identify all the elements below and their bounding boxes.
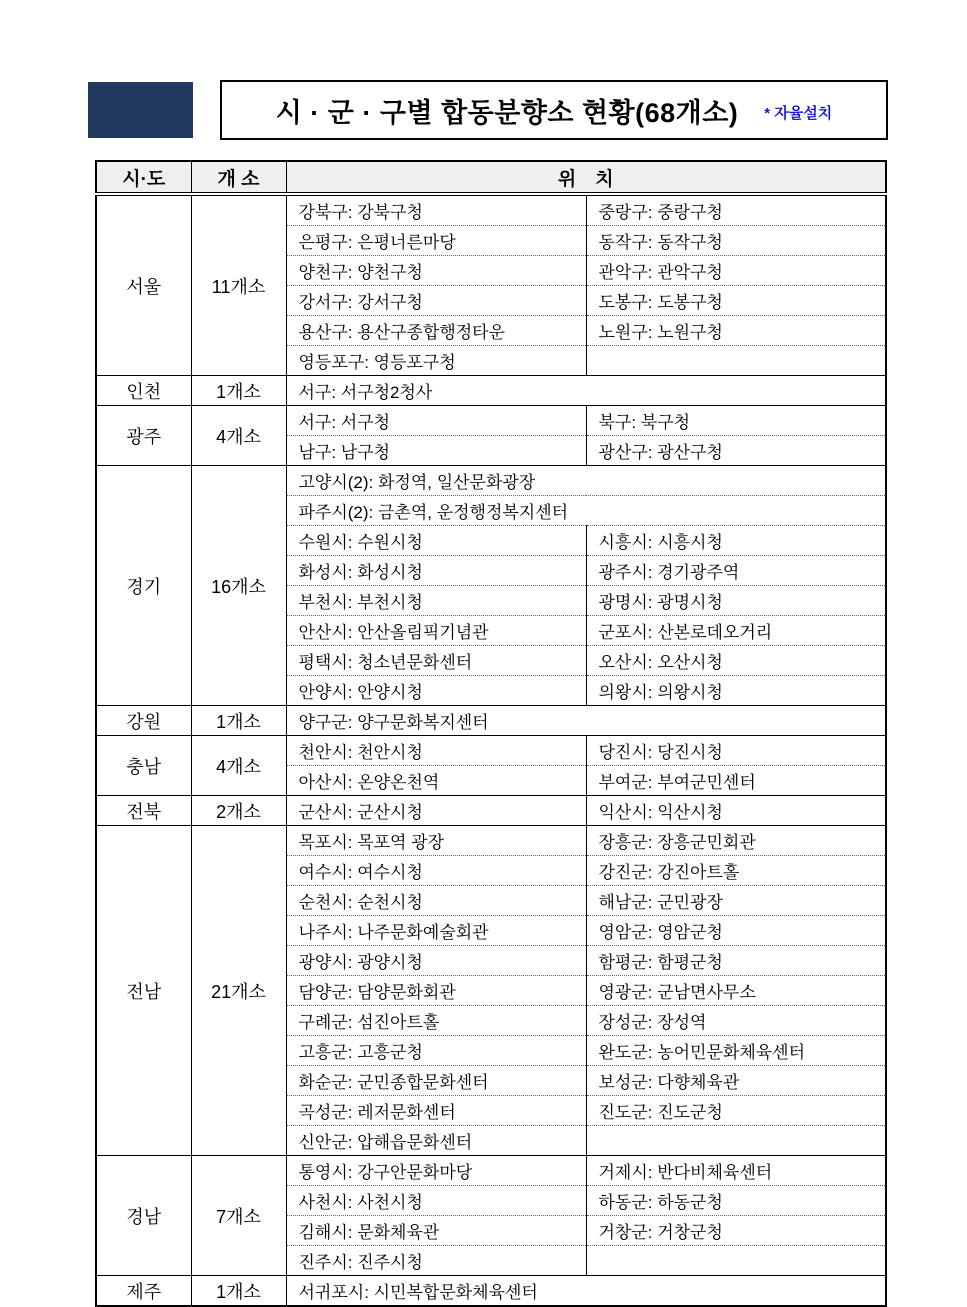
location-cell-right: 거창군: 거창군청 [586, 1216, 886, 1246]
location-cell-right: 하동군: 하동군청 [586, 1186, 886, 1216]
location-cell-left: 서구: 서구청 [286, 406, 586, 436]
location-cell-left: 부천시: 부천시청 [286, 586, 586, 616]
memorial-altar-table: 시·도 개 소 위 치 서울11개소강북구: 강북구청중랑구: 중랑구청은평구:… [95, 160, 887, 1307]
location-cell-right: 보성군: 다향체육관 [586, 1066, 886, 1096]
province-cell: 강원 [96, 706, 191, 736]
location-cell-right: 노원구: 노원구청 [586, 316, 886, 346]
location-cell-left: 남구: 남구청 [286, 436, 586, 466]
location-cell-right: 진도군: 진도군청 [586, 1096, 886, 1126]
count-cell: 1개소 [191, 706, 286, 736]
location-cell-right: 영광군: 군남면사무소 [586, 976, 886, 1006]
location-cell-full: 양구군: 양구문화복지센터 [286, 706, 886, 736]
table-row: 전북2개소군산시: 군산시청익산시: 익산시청 [96, 796, 886, 826]
location-cell-left: 나주시: 나주문화예술회관 [286, 916, 586, 946]
location-cell-full: 서귀포시: 시민복합문화체육센터 [286, 1276, 886, 1307]
location-cell-right: 완도군: 농어민문화체육센터 [586, 1036, 886, 1066]
location-cell-right: 북구: 북구청 [586, 406, 886, 436]
count-cell: 2개소 [191, 796, 286, 826]
location-cell-right: 중랑구: 중랑구청 [586, 194, 886, 226]
location-cell-right: 도봉구: 도봉구청 [586, 286, 886, 316]
count-cell: 4개소 [191, 736, 286, 796]
location-cell-left: 안양시: 안양시청 [286, 676, 586, 706]
location-cell-right: 군포시: 산본로데오거리 [586, 616, 886, 646]
location-cell-left: 군산시: 군산시청 [286, 796, 586, 826]
location-cell-right: 부여군: 부여군민센터 [586, 766, 886, 796]
location-cell-right: 당진시: 당진시청 [586, 736, 886, 766]
province-cell: 서울 [96, 194, 191, 376]
count-cell: 4개소 [191, 406, 286, 466]
location-cell-right: 광명시: 광명시청 [586, 586, 886, 616]
page-title: 시 · 군 · 구별 합동분향소 현황(68개소) [276, 91, 739, 130]
navy-accent-box [88, 82, 193, 138]
location-cell-left: 신안군: 압해읍문화센터 [286, 1126, 586, 1156]
location-cell-left: 진주시: 진주시청 [286, 1246, 586, 1276]
col-header-location: 위 치 [286, 161, 886, 194]
location-cell-right: 의왕시: 의왕시청 [586, 676, 886, 706]
table-row: 제주1개소서귀포시: 시민복합문화체육센터 [96, 1276, 886, 1307]
location-cell-right: 함평군: 함평군청 [586, 946, 886, 976]
province-cell: 충남 [96, 736, 191, 796]
province-cell: 경기 [96, 466, 191, 706]
table-row: 강원1개소양구군: 양구문화복지센터 [96, 706, 886, 736]
province-cell: 전남 [96, 826, 191, 1156]
count-cell: 16개소 [191, 466, 286, 706]
location-cell-left: 강서구: 강서구청 [286, 286, 586, 316]
location-cell-right: 영암군: 영암군청 [586, 916, 886, 946]
location-cell-left: 용산구: 용산구종합행정타운 [286, 316, 586, 346]
location-cell-right: 광산구: 광산구청 [586, 436, 886, 466]
location-cell-left: 사천시: 사천시청 [286, 1186, 586, 1216]
location-cell-right: 거제시: 반다비체육센터 [586, 1156, 886, 1186]
table-row: 경기16개소고양시(2): 화정역, 일산문화광장 [96, 466, 886, 496]
count-cell: 21개소 [191, 826, 286, 1156]
count-cell: 1개소 [191, 376, 286, 406]
location-cell-left: 영등포구: 영등포구청 [286, 346, 586, 376]
location-cell-right: 익산시: 익산시청 [586, 796, 886, 826]
location-cell-left: 여수시: 여수시청 [286, 856, 586, 886]
location-cell-right: 장성군: 장성역 [586, 1006, 886, 1036]
province-cell: 인천 [96, 376, 191, 406]
location-cell-full: 고양시(2): 화정역, 일산문화광장 [286, 466, 886, 496]
document-page: 시 · 군 · 구별 합동분향소 현황(68개소) * 자율설치 시·도 개 소… [0, 0, 967, 1258]
table-row: 경남7개소통영시: 강구안문화마당거제시: 반다비체육센터 [96, 1156, 886, 1186]
col-header-count: 개 소 [191, 161, 286, 194]
location-cell-left: 강북구: 강북구청 [286, 194, 586, 226]
table-row: 전남21개소목포시: 목포역 광장장흥군: 장흥군민회관 [96, 826, 886, 856]
location-cell-left: 화순군: 군민종합문화센터 [286, 1066, 586, 1096]
location-cell-left: 곡성군: 레저문화센터 [286, 1096, 586, 1126]
location-cell-left: 고흥군: 고흥군청 [286, 1036, 586, 1066]
province-cell: 제주 [96, 1276, 191, 1307]
location-cell-right: 오산시: 오산시청 [586, 646, 886, 676]
table-row: 서울11개소강북구: 강북구청중랑구: 중랑구청 [96, 194, 886, 226]
location-cell-right: 관악구: 관악구청 [586, 256, 886, 286]
location-cell-left: 담양군: 담양문화회관 [286, 976, 586, 1006]
count-cell: 1개소 [191, 1276, 286, 1307]
location-cell-left: 양천구: 양천구청 [286, 256, 586, 286]
location-cell-right: 동작구: 동작구청 [586, 226, 886, 256]
table-row: 광주4개소서구: 서구청북구: 북구청 [96, 406, 886, 436]
location-cell-left: 순천시: 순천시청 [286, 886, 586, 916]
location-cell-left: 천안시: 천안시청 [286, 736, 586, 766]
table-header-row: 시·도 개 소 위 치 [96, 161, 886, 194]
location-cell-left: 평택시: 청소년문화센터 [286, 646, 586, 676]
province-cell: 광주 [96, 406, 191, 466]
location-cell-left: 수원시: 수원시청 [286, 526, 586, 556]
location-cell-left: 화성시: 화성시청 [286, 556, 586, 586]
location-cell-left: 김해시: 문화체육관 [286, 1216, 586, 1246]
location-cell-right: 시흥시: 시흥시청 [586, 526, 886, 556]
table-row: 인천1개소서구: 서구청2청사 [96, 376, 886, 406]
location-cell-right [586, 346, 886, 376]
location-cell-right [586, 1246, 886, 1276]
location-cell-full: 서구: 서구청2청사 [286, 376, 886, 406]
location-cell-left: 구례군: 섬진아트홀 [286, 1006, 586, 1036]
location-cell-right: 해남군: 군민광장 [586, 886, 886, 916]
location-cell-left: 아산시: 온양온천역 [286, 766, 586, 796]
title-box: 시 · 군 · 구별 합동분향소 현황(68개소) * 자율설치 [220, 80, 888, 140]
col-header-province: 시·도 [96, 161, 191, 194]
province-cell: 전북 [96, 796, 191, 826]
location-cell-right: 강진군: 강진아트홀 [586, 856, 886, 886]
location-cell-left: 통영시: 강구안문화마당 [286, 1156, 586, 1186]
self-install-note: * 자율설치 [764, 98, 832, 123]
location-cell-right: 광주시: 경기광주역 [586, 556, 886, 586]
location-cell-left: 광양시: 광양시청 [286, 946, 586, 976]
location-cell-right: 장흥군: 장흥군민회관 [586, 826, 886, 856]
location-cell-right [586, 1126, 886, 1156]
count-cell: 11개소 [191, 194, 286, 376]
table-row: 충남4개소천안시: 천안시청당진시: 당진시청 [96, 736, 886, 766]
location-cell-left: 안산시: 안산올림픽기념관 [286, 616, 586, 646]
location-cell-left: 은평구: 은평너른마당 [286, 226, 586, 256]
location-cell-left: 목포시: 목포역 광장 [286, 826, 586, 856]
location-cell-full: 파주시(2): 금촌역, 운정행정복지센터 [286, 496, 886, 526]
